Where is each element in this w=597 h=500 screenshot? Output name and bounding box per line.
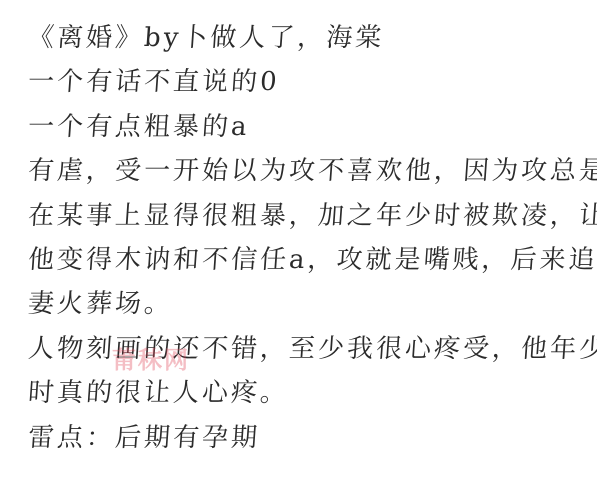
note-title-line: 《离婚》by卜做人了，海棠 [26, 16, 589, 60]
handwritten-note-page: 《离婚》by卜做人了，海棠 一个有话不直说的0 一个有点粗暴的a 有虐，受一开始… [0, 0, 597, 500]
note-line: 有虐，受一开始以为攻不喜欢他，因为攻总是 [26, 149, 589, 193]
note-line: 一个有点粗暴的a [26, 105, 589, 149]
note-warning-line: 雷点：后期有孕期 [26, 416, 589, 460]
note-line: 人物刻画的还不错，至少我很心疼受，他年少 [26, 327, 589, 371]
note-line: 他变得木讷和不信任a，攻就是嘴贱，后来追 [26, 238, 589, 282]
note-line: 妻火葬场。 [26, 282, 589, 326]
note-line: 时真的很让人心疼。 [26, 371, 589, 415]
note-line: 在某事上显得很粗暴，加之年少时被欺凌，让 [26, 194, 589, 238]
note-line: 一个有话不直说的0 [26, 60, 589, 104]
handwritten-note-text: 《离婚》by卜做人了，海棠 一个有话不直说的0 一个有点粗暴的a 有虐，受一开始… [28, 16, 588, 460]
